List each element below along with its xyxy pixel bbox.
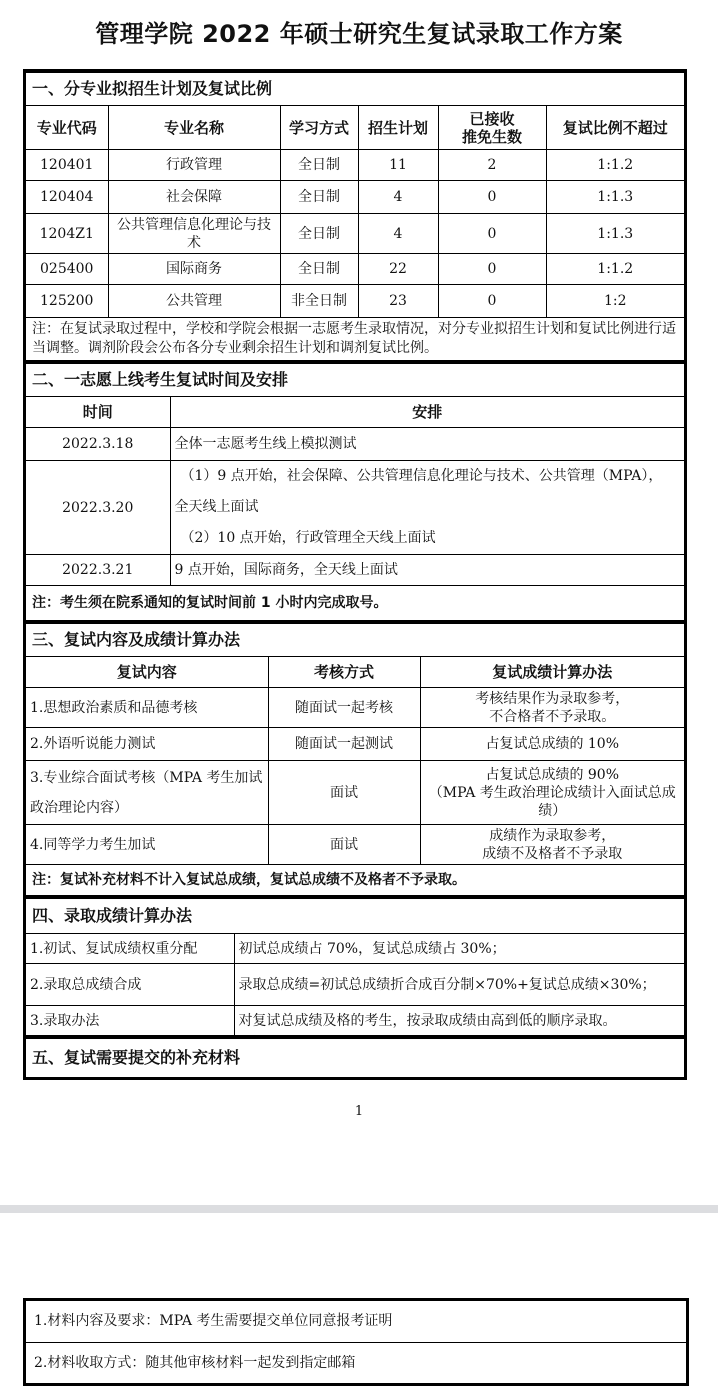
section2-heading: 二、一志愿上线考生复试时间及安排 xyxy=(26,363,684,397)
table-row: 025400 国际商务 全日制 22 0 1:1.2 xyxy=(26,254,684,285)
material-item: 1.材料内容及要求：MPA 考生需要提交单位同意报考证明 xyxy=(26,1301,686,1342)
table-row: 120401 行政管理 全日制 11 2 1:1.2 xyxy=(26,150,684,181)
admission-score-table: 四、录取成绩计算办法 1.初试、复试成绩权重分配 初试总成绩占 70%，复试总成… xyxy=(26,896,684,1036)
page-separator xyxy=(0,1205,718,1213)
table-row: 1204Z1 公共管理信息化理论与技术 全日制 4 0 1:1.3 xyxy=(26,214,684,254)
col-code: 专业代码 xyxy=(26,106,108,150)
main-table-frame: 一、分专业拟招生计划及复试比例 专业代码 专业名称 学习方式 招生计划 已接收推… xyxy=(23,69,687,1080)
table-row: 2022.3.21 9 点开始，国际商务，全天线上面试 xyxy=(26,555,684,586)
assessment-table: 三、复试内容及成绩计算办法 复试内容 考核方式 复试成绩计算办法 1.思想政治素… xyxy=(26,621,684,896)
col-recommended: 已接收推免生数 xyxy=(438,106,546,150)
col-mode: 学习方式 xyxy=(280,106,358,150)
supplementary-materials-heading: 五、复试需要提交的补充材料 xyxy=(26,1036,684,1077)
table-row: 3.专业综合面试考核（MPA 考生加试政治理论内容） 面试 占复试总成绩的 90… xyxy=(26,761,684,825)
schedule-table: 二、一志愿上线考生复试时间及安排 时间 安排 2022.3.18 全体一志愿考生… xyxy=(26,361,684,621)
col-calc: 复试成绩计算办法 xyxy=(420,657,684,688)
enrollment-plan-table: 一、分专业拟招生计划及复试比例 专业代码 专业名称 学习方式 招生计划 已接收推… xyxy=(26,72,684,361)
table-row: 2.外语听说能力测试 随面试一起测试 占复试总成绩的 10% xyxy=(26,728,684,761)
section2-note: 注：考生须在院系通知的复试时间前 1 小时内完成取号。 xyxy=(26,586,684,621)
section3-note: 注：复试补充材料不计入复试总成绩，复试总成绩不及格者不予录取。 xyxy=(26,865,684,896)
table-row: 3.录取办法 对复试总成绩及格的考生，按录取成绩由高到低的顺序录取。 xyxy=(26,1006,684,1036)
table-row: 125200 公共管理 非全日制 23 0 1:2 xyxy=(26,285,684,318)
table-row: 2022.3.20 （1）9 点开始，社会保障、公共管理信息化理论与技术、公共管… xyxy=(26,461,684,555)
col-arrangement: 安排 xyxy=(170,397,684,428)
material-item: 2.材料收取方式：随其他审核材料一起发到指定邮箱 xyxy=(26,1342,686,1383)
table-row: 1.思想政治素质和品德考核 随面试一起考核 考核结果作为录取参考，不合格者不予录… xyxy=(26,688,684,728)
table-row: 120404 社会保障 全日制 4 0 1:1.3 xyxy=(26,181,684,214)
col-time: 时间 xyxy=(26,397,170,428)
section5-heading: 五、复试需要提交的补充材料 xyxy=(26,1038,684,1078)
supplementary-materials-table: 1.材料内容及要求：MPA 考生需要提交单位同意报考证明 2.材料收取方式：随其… xyxy=(23,1298,689,1386)
col-ratio: 复试比例不超过 xyxy=(546,106,684,150)
col-method: 考核方式 xyxy=(268,657,420,688)
page-number: 1 xyxy=(0,1104,718,1119)
section4-heading: 四、录取成绩计算办法 xyxy=(26,898,684,934)
page-title: 管理学院 2022 年硕士研究生复试录取工作方案 xyxy=(0,14,718,49)
section1-heading: 一、分专业拟招生计划及复试比例 xyxy=(26,73,684,106)
table-row: 4.同等学力考生加试 面试 成绩作为录取参考，成绩不及格者不予录取 xyxy=(26,825,684,865)
table-row: 2.录取总成绩合成 录取总成绩=初试总成绩折合成百分制×70%+复试总成绩×30… xyxy=(26,964,684,1006)
section3-heading: 三、复试内容及成绩计算办法 xyxy=(26,623,684,657)
col-content: 复试内容 xyxy=(26,657,268,688)
table-row: 2022.3.18 全体一志愿考生线上模拟测试 xyxy=(26,428,684,461)
col-name: 专业名称 xyxy=(108,106,280,150)
col-plan: 招生计划 xyxy=(358,106,438,150)
table-row: 1.初试、复试成绩权重分配 初试总成绩占 70%，复试总成绩占 30%； xyxy=(26,934,684,964)
section1-note: 注：在复试录取过程中，学校和学院会根据一志愿考生录取情况，对分专业拟招生计划和复… xyxy=(26,318,684,361)
